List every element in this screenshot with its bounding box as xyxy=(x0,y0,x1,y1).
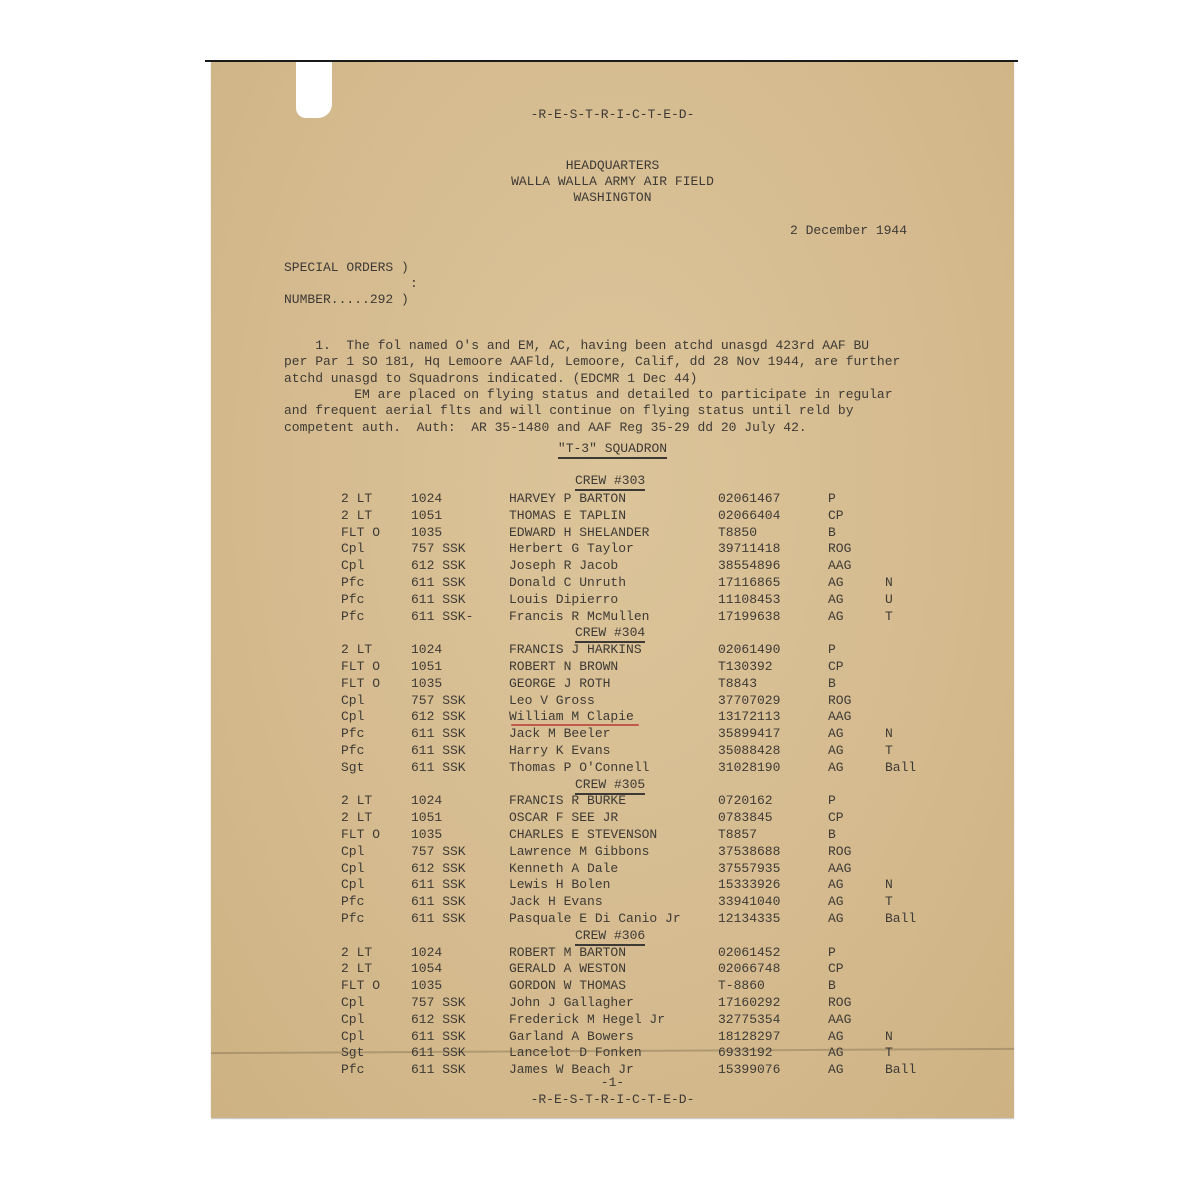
member-name: John J Gallagher xyxy=(509,995,634,1010)
member-rank: FLT O xyxy=(341,659,380,674)
crew-member-row: FLT O1035GORDON W THOMAST-8860B xyxy=(211,978,1014,994)
crew-member-row: 2 LT1024FRANCIS J HARKINS02061490P xyxy=(211,642,1014,658)
member-serial: 31028190 xyxy=(718,760,780,775)
crew-member-row: FLT O1035EDWARD H SHELANDERT8850B xyxy=(211,525,1014,541)
crew-member-row: Pfc611 SSKDonald C Unruth17116865AGN xyxy=(211,575,1014,591)
member-rank: Cpl xyxy=(341,995,364,1010)
member-code: 611 SSK xyxy=(411,1045,466,1060)
document-page: -R-E-S-T-R-I-C-T-E-D- HEADQUARTERS WALLA… xyxy=(211,62,1014,1118)
member-duty: AAG xyxy=(828,558,851,573)
member-code: 757 SSK xyxy=(411,844,466,859)
member-code: 1035 xyxy=(411,525,442,540)
member-name: HARVEY P BARTON xyxy=(509,491,626,506)
member-duty: AG xyxy=(828,575,844,590)
member-name: CHARLES E STEVENSON xyxy=(509,827,657,842)
crew-heading: CREW #306 xyxy=(575,928,645,944)
member-serial: 13172113 xyxy=(718,709,780,724)
member-name: OSCAR F SEE JR xyxy=(509,810,618,825)
member-duty: ROG xyxy=(828,995,851,1010)
member-rank: FLT O xyxy=(341,525,380,540)
crew-member-row: Cpl757 SSKLawrence M Gibbons37538688ROG xyxy=(211,844,1014,860)
member-rank: Cpl xyxy=(341,1012,364,1027)
member-duty: P xyxy=(828,491,836,506)
member-duty: AG xyxy=(828,760,844,775)
crew-member-row: Cpl611 SSKGarland A Bowers18128297AGN xyxy=(211,1029,1014,1045)
member-code: 1024 xyxy=(411,793,442,808)
member-serial: 11108453 xyxy=(718,592,780,607)
crew-member-row: Cpl757 SSKHerbert G Taylor39711418ROG xyxy=(211,541,1014,557)
member-serial: 02066404 xyxy=(718,508,780,523)
crew-member-row: FLT O1035CHARLES E STEVENSONT8857B xyxy=(211,827,1014,843)
crew-heading-text: CREW #303 xyxy=(575,473,645,491)
member-code: 611 SSK xyxy=(411,575,466,590)
member-code: 1051 xyxy=(411,810,442,825)
member-code: 612 SSK xyxy=(411,861,466,876)
member-duty: AG xyxy=(828,1029,844,1044)
member-name: Herbert G Taylor xyxy=(509,541,634,556)
member-code: 611 SSK xyxy=(411,743,466,758)
crew-member-row: FLT O1035GEORGE J ROTHT8843B xyxy=(211,676,1014,692)
member-name: Pasquale E Di Canio Jr xyxy=(509,911,681,926)
member-code: 1051 xyxy=(411,659,442,674)
member-duty: AG xyxy=(828,726,844,741)
member-serial: 18128297 xyxy=(718,1029,780,1044)
paragraph-line: 1. The fol named O's and EM, AC, having … xyxy=(284,338,869,354)
member-code: 611 SSK- xyxy=(411,609,473,624)
member-name: Jack H Evans xyxy=(509,894,603,909)
member-serial: 38554896 xyxy=(718,558,780,573)
member-rank: 2 LT xyxy=(341,508,372,523)
member-rank: Cpl xyxy=(341,844,364,859)
member-duty: P xyxy=(828,793,836,808)
member-serial: 12134335 xyxy=(718,911,780,926)
member-code: 1035 xyxy=(411,978,442,993)
member-position: Ball xyxy=(885,911,916,926)
member-name: GEORGE J ROTH xyxy=(509,676,610,691)
member-duty: B xyxy=(828,978,836,993)
crew-member-row: 2 LT1024ROBERT M BARTON02061452P xyxy=(211,945,1014,961)
member-serial: T-8860 xyxy=(718,978,765,993)
order-colon: : xyxy=(410,276,418,292)
member-code: 1035 xyxy=(411,827,442,842)
crew-member-row: 2 LT1024HARVEY P BARTON02061467P xyxy=(211,491,1014,507)
member-code: 612 SSK xyxy=(411,1012,466,1027)
crew-member-row: Pfc611 SSKJack M Beeler35899417AGN xyxy=(211,726,1014,742)
member-serial: 35088428 xyxy=(718,743,780,758)
member-rank: Cpl xyxy=(341,861,364,876)
member-duty: ROG xyxy=(828,541,851,556)
crew-member-row: Pfc611 SSKPasquale E Di Canio Jr12134335… xyxy=(211,911,1014,927)
member-duty: B xyxy=(828,525,836,540)
member-duty: P xyxy=(828,642,836,657)
crew-member-row: Pfc611 SSKJack H Evans33941040AGT xyxy=(211,894,1014,910)
member-name: Kenneth A Dale xyxy=(509,861,618,876)
member-rank: 2 LT xyxy=(341,491,372,506)
member-serial: 6933192 xyxy=(718,1045,773,1060)
member-duty: AG xyxy=(828,1045,844,1060)
member-position: Ball xyxy=(885,760,916,775)
member-serial: 0720162 xyxy=(718,793,773,808)
member-serial: T8843 xyxy=(718,676,757,691)
crew-member-row: FLT O1051ROBERT N BROWNT130392CP xyxy=(211,659,1014,675)
member-code: 611 SSK xyxy=(411,1029,466,1044)
member-rank: Pfc xyxy=(341,743,364,758)
member-rank: FLT O xyxy=(341,827,380,842)
member-duty: P xyxy=(828,945,836,960)
order-number: NUMBER.....292 ) xyxy=(284,292,409,308)
member-position: N xyxy=(885,1029,893,1044)
member-rank: FLT O xyxy=(341,676,380,691)
member-serial: 37538688 xyxy=(718,844,780,859)
header-line-2: WALLA WALLA ARMY AIR FIELD xyxy=(211,174,1014,190)
member-serial: 33941040 xyxy=(718,894,780,909)
crew-member-row: Pfc611 SSKHarry K Evans35088428AGT xyxy=(211,743,1014,759)
member-serial: 02061467 xyxy=(718,491,780,506)
member-position: N xyxy=(885,726,893,741)
member-position: N xyxy=(885,877,893,892)
squadron-title: "T-3" SQUADRON xyxy=(211,441,1014,457)
member-name: ROBERT N BROWN xyxy=(509,659,618,674)
member-serial: 17160292 xyxy=(718,995,780,1010)
crew-member-row: Cpl612 SSKJoseph R Jacob38554896AAG xyxy=(211,558,1014,574)
member-rank: 2 LT xyxy=(341,945,372,960)
member-name: Leo V Gross xyxy=(509,693,595,708)
crew-heading: CREW #303 xyxy=(575,473,645,489)
member-name: Donald C Unruth xyxy=(509,575,626,590)
crew-member-row: 2 LT1051THOMAS E TAPLIN02066404CP xyxy=(211,508,1014,524)
crew-member-row: 2 LT1051OSCAR F SEE JR0783845CP xyxy=(211,810,1014,826)
member-duty: AAG xyxy=(828,861,851,876)
order-date: 2 December 1944 xyxy=(790,223,907,239)
member-rank: Pfc xyxy=(341,911,364,926)
member-serial: T8850 xyxy=(718,525,757,540)
member-code: 757 SSK xyxy=(411,995,466,1010)
member-serial: 17199638 xyxy=(718,609,780,624)
member-code: 1024 xyxy=(411,642,442,657)
member-duty: AG xyxy=(828,911,844,926)
paragraph-line: and frequent aerial flts and will contin… xyxy=(284,403,854,419)
member-duty: ROG xyxy=(828,844,851,859)
member-rank: Pfc xyxy=(341,894,364,909)
member-duty: AAG xyxy=(828,709,851,724)
member-name: Frederick M Hegel Jr xyxy=(509,1012,665,1027)
member-code: 612 SSK xyxy=(411,709,466,724)
member-duty: AG xyxy=(828,743,844,758)
member-position: T xyxy=(885,743,893,758)
member-code: 611 SSK xyxy=(411,911,466,926)
paragraph-line: competent auth. Auth: AR 35-1480 and AAF… xyxy=(284,420,807,436)
squadron-title-text: "T-3" SQUADRON xyxy=(558,441,667,459)
crew-member-row: Cpl612 SSKWilliam M Clapie13172113AAG xyxy=(211,709,1014,725)
member-name: Joseph R Jacob xyxy=(509,558,618,573)
member-rank: Cpl xyxy=(341,877,364,892)
member-rank: Pfc xyxy=(341,726,364,741)
crew-member-row: 2 LT1024FRANCIS R BURKE0720162P xyxy=(211,793,1014,809)
member-serial: 35899417 xyxy=(718,726,780,741)
member-code: 611 SSK xyxy=(411,894,466,909)
paragraph-line: per Par 1 SO 181, Hq Lemoore AAFld, Lemo… xyxy=(284,354,900,370)
member-rank: 2 LT xyxy=(341,642,372,657)
classification-footer: -R-E-S-T-R-I-C-T-E-D- xyxy=(211,1092,1014,1108)
member-code: 611 SSK xyxy=(411,760,466,775)
crew-member-row: Sgt611 SSKThomas P O'Connell31028190AGBa… xyxy=(211,760,1014,776)
member-name: Lawrence M Gibbons xyxy=(509,844,649,859)
member-position: T xyxy=(885,894,893,909)
member-code: 757 SSK xyxy=(411,541,466,556)
member-name: Lancelot D Fonken xyxy=(509,1045,642,1060)
member-code: 1024 xyxy=(411,945,442,960)
member-duty: B xyxy=(828,676,836,691)
crew-heading: CREW #305 xyxy=(575,777,645,793)
member-serial: 02061452 xyxy=(718,945,780,960)
crew-heading-text: CREW #305 xyxy=(575,777,645,795)
member-duty: AG xyxy=(828,877,844,892)
member-rank: 2 LT xyxy=(341,810,372,825)
member-position: T xyxy=(885,1045,893,1060)
member-name: GERALD A WESTON xyxy=(509,961,626,976)
member-rank: Cpl xyxy=(341,709,364,724)
member-serial: 39711418 xyxy=(718,541,780,556)
member-serial: 02066748 xyxy=(718,961,780,976)
member-serial: 32775354 xyxy=(718,1012,780,1027)
member-rank: 2 LT xyxy=(341,793,372,808)
member-code: 612 SSK xyxy=(411,558,466,573)
member-duty: CP xyxy=(828,810,844,825)
crew-heading-text: CREW #306 xyxy=(575,928,645,946)
member-duty: AG xyxy=(828,592,844,607)
crew-member-row: Cpl612 SSKFrederick M Hegel Jr32775354AA… xyxy=(211,1012,1014,1028)
crew-member-row: Cpl611 SSKLewis H Bolen15333926AGN xyxy=(211,877,1014,893)
classification-header: -R-E-S-T-R-I-C-T-E-D- xyxy=(211,107,1014,123)
header-line-3: WASHINGTON xyxy=(211,190,1014,206)
member-duty: CP xyxy=(828,961,844,976)
member-name: Garland A Bowers xyxy=(509,1029,634,1044)
member-rank: 2 LT xyxy=(341,961,372,976)
member-duty: AAG xyxy=(828,1012,851,1027)
member-rank: Cpl xyxy=(341,558,364,573)
member-serial: 37557935 xyxy=(718,861,780,876)
member-serial: 0783845 xyxy=(718,810,773,825)
member-name: Harry K Evans xyxy=(509,743,610,758)
crew-member-row: Cpl757 SSKLeo V Gross37707029ROG xyxy=(211,693,1014,709)
member-rank: Cpl xyxy=(341,1029,364,1044)
member-name: FRANCIS R BURKE xyxy=(509,793,626,808)
member-code: 1051 xyxy=(411,508,442,523)
member-duty: CP xyxy=(828,659,844,674)
member-name: THOMAS E TAPLIN xyxy=(509,508,626,523)
member-duty: AG xyxy=(828,894,844,909)
crew-heading: CREW #304 xyxy=(575,625,645,641)
member-name: Louis Dipierro xyxy=(509,592,618,607)
crew-member-row: Sgt611 SSKLancelot D Fonken6933192AGT xyxy=(211,1045,1014,1061)
member-name: Jack M Beeler xyxy=(509,726,610,741)
paragraph-line: EM are placed on flying status and detai… xyxy=(284,387,893,403)
member-duty: CP xyxy=(828,508,844,523)
member-rank: Pfc xyxy=(341,609,364,624)
member-name: Francis R McMullen xyxy=(509,609,649,624)
member-serial: T130392 xyxy=(718,659,773,674)
member-name: Lewis H Bolen xyxy=(509,877,610,892)
member-code: 1035 xyxy=(411,676,442,691)
member-serial: 17116865 xyxy=(718,575,780,590)
crew-member-row: Pfc611 SSKLouis Dipierro11108453AGU xyxy=(211,592,1014,608)
member-name: ROBERT M BARTON xyxy=(509,945,626,960)
member-name: Thomas P O'Connell xyxy=(509,760,649,775)
member-name: William M Clapie xyxy=(509,709,634,724)
member-position: N xyxy=(885,575,893,590)
member-name: EDWARD H SHELANDER xyxy=(509,525,649,540)
member-code: 1024 xyxy=(411,491,442,506)
paragraph-line: atchd unasgd to Squadrons indicated. (ED… xyxy=(284,371,697,387)
member-rank: Pfc xyxy=(341,592,364,607)
member-duty: ROG xyxy=(828,693,851,708)
header-line-1: HEADQUARTERS xyxy=(211,158,1014,174)
member-duty: AG xyxy=(828,609,844,624)
special-orders-label: SPECIAL ORDERS ) xyxy=(284,260,409,276)
member-rank: Cpl xyxy=(341,693,364,708)
member-rank: FLT O xyxy=(341,978,380,993)
member-code: 611 SSK xyxy=(411,726,466,741)
member-rank: Cpl xyxy=(341,541,364,556)
member-position: U xyxy=(885,592,893,607)
crew-member-row: Cpl612 SSKKenneth A Dale37557935AAG xyxy=(211,861,1014,877)
member-rank: Pfc xyxy=(341,575,364,590)
member-serial: T8857 xyxy=(718,827,757,842)
member-code: 611 SSK xyxy=(411,877,466,892)
member-code: 611 SSK xyxy=(411,592,466,607)
member-serial: 37707029 xyxy=(718,693,780,708)
member-code: 757 SSK xyxy=(411,693,466,708)
member-position: T xyxy=(885,609,893,624)
crew-member-row: Pfc611 SSK-Francis R McMullen17199638AGT xyxy=(211,609,1014,625)
member-rank: Sgt xyxy=(341,1045,364,1060)
page-number: -1- xyxy=(211,1075,1014,1091)
member-name: GORDON W THOMAS xyxy=(509,978,626,993)
member-duty: B xyxy=(828,827,836,842)
crew-member-row: Cpl757 SSKJohn J Gallagher17160292ROG xyxy=(211,995,1014,1011)
member-name: FRANCIS J HARKINS xyxy=(509,642,642,657)
crew-heading-text: CREW #304 xyxy=(575,625,645,643)
member-code: 1054 xyxy=(411,961,442,976)
crew-member-row: 2 LT1054GERALD A WESTON02066748CP xyxy=(211,961,1014,977)
member-serial: 02061490 xyxy=(718,642,780,657)
member-rank: Sgt xyxy=(341,760,364,775)
member-serial: 15333926 xyxy=(718,877,780,892)
